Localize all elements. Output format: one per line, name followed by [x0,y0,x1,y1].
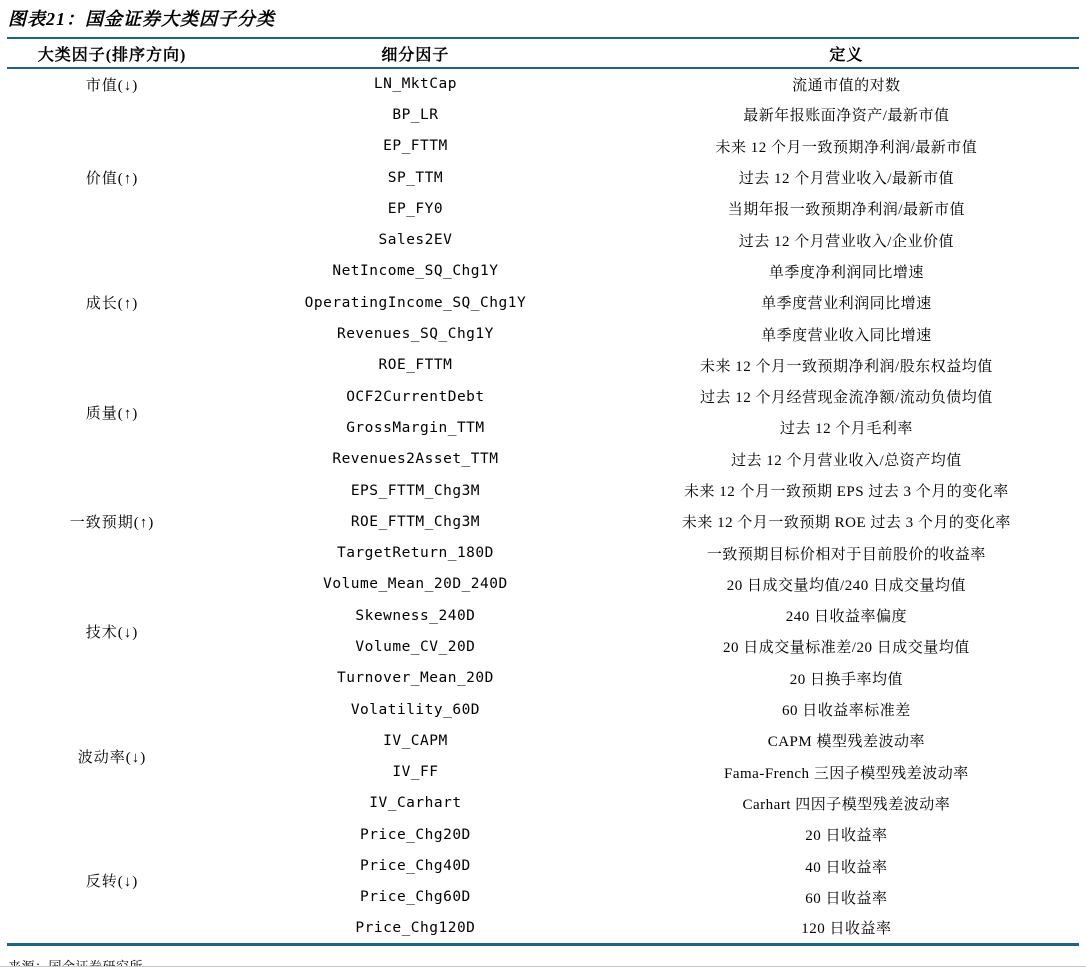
factor-cell: Volume_CV_20D [217,631,614,662]
factor-cell: Sales2EV [217,224,614,255]
definition-cell: 未来 12 个月一致预期 EPS 过去 3 个月的变化率 [614,475,1079,506]
factor-cell: SP_TTM [217,162,614,193]
factor-cell: EP_FY0 [217,193,614,224]
factor-cell: IV_FF [217,757,614,788]
factor-cell: OperatingIncome_SQ_Chg1Y [217,287,614,318]
factor-cell: GrossMargin_TTM [217,412,614,443]
definition-cell: 当期年报一致预期净利润/最新市值 [614,193,1079,224]
definition-cell: 未来 12 个月一致预期 ROE 过去 3 个月的变化率 [614,506,1079,537]
category-cell: 质量(↑) [7,350,217,475]
category-cell: 反转(↓) [7,819,217,944]
definition-cell: Carhart 四因子模型残差波动率 [614,788,1079,819]
definition-cell: 过去 12 个月营业收入/总资产均值 [614,444,1079,475]
factor-cell: Revenues2Asset_TTM [217,444,614,475]
table-header: 大类因子(排序方向) 细分因子 定义 [7,38,1079,68]
factor-cell: Volatility_60D [217,694,614,725]
factor-cell: Price_Chg60D [217,882,614,913]
factor-cell: Volume_Mean_20D_240D [217,569,614,600]
header-row: 大类因子(排序方向) 细分因子 定义 [7,38,1079,68]
factor-cell: EP_FTTM [217,131,614,162]
definition-cell: 60 日收益率标准差 [614,694,1079,725]
column-header-definition: 定义 [614,38,1079,68]
definition-cell: 20 日换手率均值 [614,663,1079,694]
factor-cell: IV_CAPM [217,725,614,756]
definition-cell: CAPM 模型残差波动率 [614,725,1079,756]
definition-cell: 40 日收益率 [614,850,1079,881]
factor-cell: Turnover_Mean_20D [217,663,614,694]
category-cell: 成长(↑) [7,256,217,350]
definition-cell: 过去 12 个月经营现金流净额/流动负债均值 [614,381,1079,412]
factor-cell: Price_Chg40D [217,850,614,881]
factor-cell: NetIncome_SQ_Chg1Y [217,256,614,287]
factor-cell: ROE_FTTM_Chg3M [217,506,614,537]
category-cell: 市值(↓) [7,68,217,99]
definition-cell: 60 日收益率 [614,882,1079,913]
definition-cell: 过去 12 个月毛利率 [614,412,1079,443]
definition-cell: 20 日成交量均值/240 日成交量均值 [614,569,1079,600]
table-row: 一致预期(↑)EPS_FTTM_Chg3M未来 12 个月一致预期 EPS 过去… [7,475,1079,506]
definition-cell: 单季度净利润同比增速 [614,256,1079,287]
definition-cell: 未来 12 个月一致预期净利润/最新市值 [614,131,1079,162]
table-body: 市值(↓)LN_MktCap流通市值的对数价值(↑)BP_LR最新年报账面净资产… [7,68,1079,944]
definition-cell: 未来 12 个月一致预期净利润/股东权益均值 [614,350,1079,381]
definition-cell: 过去 12 个月营业收入/企业价值 [614,224,1079,255]
factor-classification-table: 大类因子(排序方向) 细分因子 定义 市值(↓)LN_MktCap流通市值的对数… [7,37,1079,946]
factor-cell: BP_LR [217,99,614,130]
factor-cell: Price_Chg120D [217,913,614,944]
definition-cell: 一致预期目标价相对于目前股价的收益率 [614,537,1079,568]
table-row: 技术(↓)Volume_Mean_20D_240D20 日成交量均值/240 日… [7,569,1079,600]
definition-cell: 流通市值的对数 [614,68,1079,99]
factor-cell: OCF2CurrentDebt [217,381,614,412]
definition-cell: 单季度营业利润同比增速 [614,287,1079,318]
definition-cell: 20 日成交量标准差/20 日成交量均值 [614,631,1079,662]
category-cell: 波动率(↓) [7,694,217,819]
definition-cell: 最新年报账面净资产/最新市值 [614,99,1079,130]
factor-cell: Revenues_SQ_Chg1Y [217,318,614,349]
factor-cell: IV_Carhart [217,788,614,819]
definition-cell: 240 日收益率偏度 [614,600,1079,631]
table-row: 波动率(↓)Volatility_60D60 日收益率标准差 [7,694,1079,725]
factor-cell: TargetReturn_180D [217,537,614,568]
table-row: 质量(↑)ROE_FTTM未来 12 个月一致预期净利润/股东权益均值 [7,350,1079,381]
column-header-factor: 细分因子 [217,38,614,68]
factor-cell: ROE_FTTM [217,350,614,381]
table-row: 成长(↑)NetIncome_SQ_Chg1Y单季度净利润同比增速 [7,256,1079,287]
definition-cell: 120 日收益率 [614,913,1079,944]
definition-cell: 20 日收益率 [614,819,1079,850]
definition-cell: 过去 12 个月营业收入/最新市值 [614,162,1079,193]
table-row: 反转(↓)Price_Chg20D20 日收益率 [7,819,1079,850]
table-row: 市值(↓)LN_MktCap流通市值的对数 [7,68,1079,99]
definition-cell: Fama-French 三因子模型残差波动率 [614,757,1079,788]
factor-cell: EPS_FTTM_Chg3M [217,475,614,506]
factor-cell: LN_MktCap [217,68,614,99]
definition-cell: 单季度营业收入同比增速 [614,318,1079,349]
category-cell: 价值(↑) [7,99,217,255]
column-header-category: 大类因子(排序方向) [7,38,217,68]
table-row: 价值(↑)BP_LR最新年报账面净资产/最新市值 [7,99,1079,130]
figure-title: 图表21：国金证券大类因子分类 [8,5,1079,31]
report-page: 图表21：国金证券大类因子分类 大类因子(排序方向) 细分因子 定义 市值(↓)… [0,0,1086,967]
category-cell: 一致预期(↑) [7,475,217,569]
factor-cell: Price_Chg20D [217,819,614,850]
factor-cell: Skewness_240D [217,600,614,631]
category-cell: 技术(↓) [7,569,217,694]
